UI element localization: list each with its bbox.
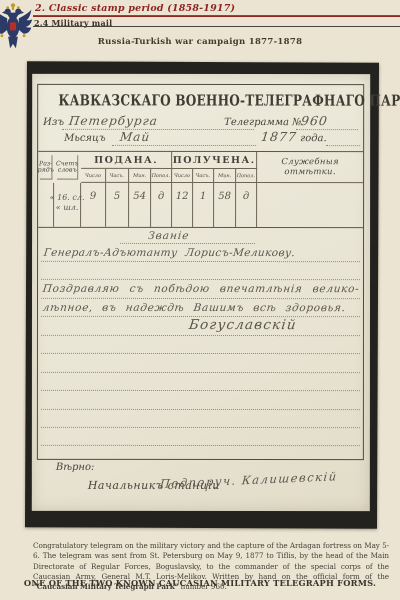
sender-signature-handwriting: Богуславскій (188, 317, 298, 333)
row-poluchena-popol: д (236, 183, 257, 227)
ruled-line (41, 298, 360, 299)
subcol-podana-popol: Попол. (151, 169, 172, 183)
ruled-line (41, 353, 360, 354)
telegram-form-frame: КАВКАЗСКАГО ВОЕННО-ТЕЛЕГРАФНАГО ПАРКА Из… (37, 84, 364, 460)
station-chief-signature-handwriting: Подпоруч. Калишевскій (159, 469, 338, 491)
dotted-line (62, 129, 254, 130)
subcol-poluchena-popol: Попол. (236, 169, 257, 183)
campaign-title: Russia-Turkish war campaign 1877-1878 (0, 37, 400, 47)
section-title: 2. Classic stamp period (1858-1917) (35, 3, 235, 14)
ruled-line (41, 409, 360, 410)
form-title: КАВКАЗСКАГО ВОЕННО-ТЕЛЕГРАФНАГО ПАРКА (38, 93, 363, 109)
telegram-number-value: 960 (300, 113, 329, 128)
row-podana-popol: д (151, 183, 172, 227)
month-label: Мьсяцъ (64, 133, 106, 144)
message-address-handwriting: Генералъ-Адъютанту Лорисъ-Меликову. (43, 247, 296, 259)
group-header-poluchena: ПОЛУЧЕНА. (172, 152, 257, 169)
telegram-time-table: Раз- рядъ Счетъ словъ ПОДАНА. ПОЛУЧЕНА. … (38, 151, 363, 228)
dotted-line (296, 129, 358, 130)
telegram-paper: КАВКАЗСКАГО ВОЕННО-ТЕЛЕГРАФНАГО ПАРКА Из… (32, 74, 370, 511)
ruled-line (41, 279, 360, 280)
subcol-podana-chislo: Число (81, 169, 106, 183)
caption-text: Congratulatory telegram on the military … (33, 541, 389, 581)
exhibit-page: 2. Classic stamp period (1858-1917) 2.4 … (0, 0, 400, 600)
year-value-handwriting: 1877 (260, 129, 298, 144)
message-body-line1-handwriting: Поздравляю съ побѣдою впечатлѣнія велико… (42, 283, 360, 295)
verno-label: Вѣрно: (56, 462, 95, 473)
row-schet-cell: « 16. сл. « шл. (54, 183, 81, 227)
from-label: Изъ (43, 117, 64, 128)
from-value-handwriting: Петербурга (68, 114, 159, 128)
message-body-line2-handwriting: лѣпное, въ надеждѣ Вашимъ всѣ здоровья. (42, 302, 346, 314)
footer-statement: ONE OF THE TWO KNOWN CAUCASIAN MILITARY … (0, 578, 400, 588)
row-podana-chas: 5 (106, 183, 129, 227)
col-header-schet: Счетъ словъ (57, 155, 78, 179)
subcol-podana-chas: Часъ. (106, 169, 129, 183)
telegram-photo: КАВКАЗСКАГО ВОЕННО-ТЕЛЕГРАФНАГО ПАРКА Из… (25, 61, 379, 529)
col-header-razryad: Раз- рядъ (40, 155, 53, 179)
row-poluchena-chislo: 12 (172, 183, 193, 227)
row-razryad-cell (38, 183, 54, 227)
dotted-line (112, 145, 256, 146)
year-suffix-label: года. (300, 133, 327, 144)
dotted-line (326, 145, 360, 146)
month-value-handwriting: Май (119, 130, 151, 144)
ruled-line (120, 243, 255, 244)
subcol-poluchena-chas: Часъ. (193, 169, 214, 183)
row-sluzhebnyya-cell (257, 183, 363, 227)
row-podana-chislo: 9 (81, 183, 106, 227)
ruled-line (41, 261, 360, 262)
row-podana-min: 54 (129, 183, 151, 227)
row-poluchena-chas: 1 (193, 183, 214, 227)
thin-divider (33, 26, 400, 27)
subcol-poluchena-min: Мин. (214, 169, 236, 183)
message-heading-handwriting: Званіе (98, 230, 239, 242)
ruled-line (41, 372, 360, 373)
ruled-line (41, 335, 360, 336)
ruled-line (41, 427, 360, 428)
group-header-podana: ПОДАНА. (81, 152, 172, 169)
row-poluchena-min: 58 (214, 183, 236, 227)
subcol-podana-min: Мин. (129, 169, 151, 183)
subcol-poluchena-chislo: Число (172, 169, 193, 183)
form-title-text: КАВКАЗСКАГО ВОЕННО-ТЕЛЕГРАФНАГО ПАРКА (58, 92, 400, 110)
ruled-line (41, 445, 360, 446)
telegram-number-label: Телеграмма № (224, 117, 301, 128)
col-header-sluzhebnyya: Служебныя отмѣтки. (257, 152, 363, 183)
ruled-line (41, 390, 360, 391)
